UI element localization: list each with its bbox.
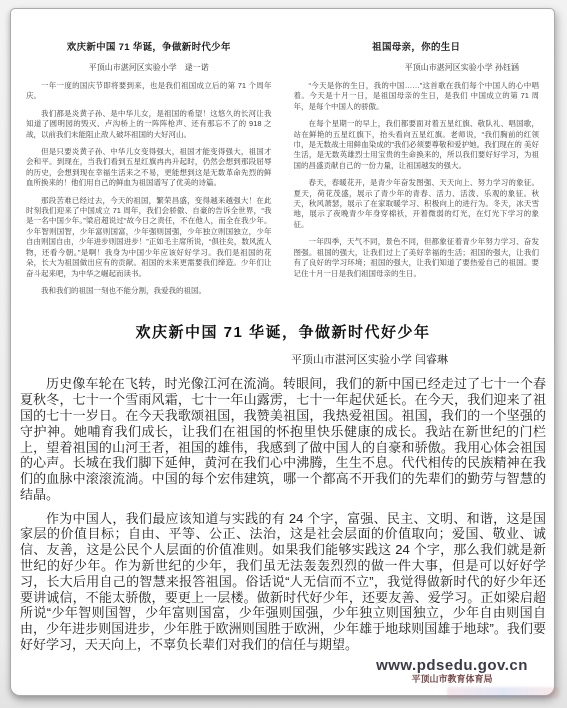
essay-right-paragraph: “今天是你的生日，我的中国……”这首歌在我们每个中国人的心中唱着。今天是十月一日… [294, 81, 540, 112]
main-essay-author: 平顶山市湛河区实验小学 闫睿琳 [20, 351, 546, 367]
essay-left-title: 欢庆新中国 71 华诞，争做新时代少年 [26, 39, 272, 53]
main-essay-section: 欢庆新中国 71 华诞，争做新时代好少年 平顶山市湛河区实验小学 闫睿琳 历史像… [11, 303, 554, 653]
essay-right-column: 祖国母亲，你的生日 平顶山市湛河区实验小学 孙钰涵 “今天是你的生日，我的中国…… [294, 39, 540, 303]
main-essay-paragraph: 作为中国人，我们最应该知道与实践的有 24 个字，富强、民主、文明、和谐，这是国… [20, 511, 546, 653]
essay-right-paragraph: 春天，春暖花开，是青少年奋发图强、天天向上、努力学习的象征。夏天，荷花茂盛，展示… [294, 178, 540, 230]
essay-right-title: 祖国母亲，你的生日 [294, 39, 540, 53]
essay-right-author: 平顶山市湛河区实验小学 孙钰涵 [294, 62, 540, 73]
essay-left-paragraph: 那段苦难已经过去，今天的祖国，繁荣昌盛，变得越来越强大！在此时刻我们迎来了中国成… [26, 196, 272, 279]
site-watermark: www.pdsedu.gov.cn 平顶山市教育体育局 [354, 657, 550, 685]
watermark-url-text: www.pdsedu.gov.cn [354, 657, 550, 674]
main-essay-title: 欢庆新中国 71 华诞，争做新时代好少年 [20, 321, 546, 342]
essay-right-paragraph: 一年四季，天气不同，景色不同，但都象征着青少年努力学习、奋发图强。祖国的强大，让… [294, 237, 540, 279]
top-essays-section: 欢庆新中国 71 华诞，争做新时代少年 平顶山市湛河区实验小学 逯一诺 一年一度… [11, 9, 554, 303]
watermark-org-text: 平顶山市教育体育局 [354, 672, 550, 685]
essay-left-author: 平顶山市湛河区实验小学 逯一诺 [26, 62, 272, 73]
document-page: 欢庆新中国 71 华诞，争做新时代少年 平顶山市湛河区实验小学 逯一诺 一年一度… [10, 8, 555, 696]
essay-left-paragraph: 我们都是炎黄子孙、是中华儿女，是祖国的希望！这悠久的长河让我知道了圆明园的毁灭、… [26, 109, 272, 140]
essay-left-column: 欢庆新中国 71 华诞，争做新时代少年 平顶山市湛河区实验小学 逯一诺 一年一度… [26, 39, 272, 303]
essay-left-paragraph: 我和我们的祖国一刻也不能分割，我爱我的祖国。 [26, 286, 272, 296]
essay-left-paragraph: 但是只要炎黄子孙、中华儿女变得强大，祖国才能变得强大，祖国才会和平。到现在，当我… [26, 147, 272, 189]
main-essay-paragraph: 历史像车轮在飞转，时光像江河在流淌。转眼间，我们的新中国已经走过了七十一个春夏秋… [20, 376, 546, 502]
essay-left-paragraph: 一年一度的国庆节即将要到来，也是我们祖国成立后的第 71 个周年庆。 [26, 81, 272, 102]
essay-right-paragraph: 在每个星期一的早上，我们都要面对着五星红旗、敬队礼、唱国歌，站在鲜艳的五星红旗下… [294, 119, 540, 171]
faint-corner-artifact [447, 687, 559, 698]
